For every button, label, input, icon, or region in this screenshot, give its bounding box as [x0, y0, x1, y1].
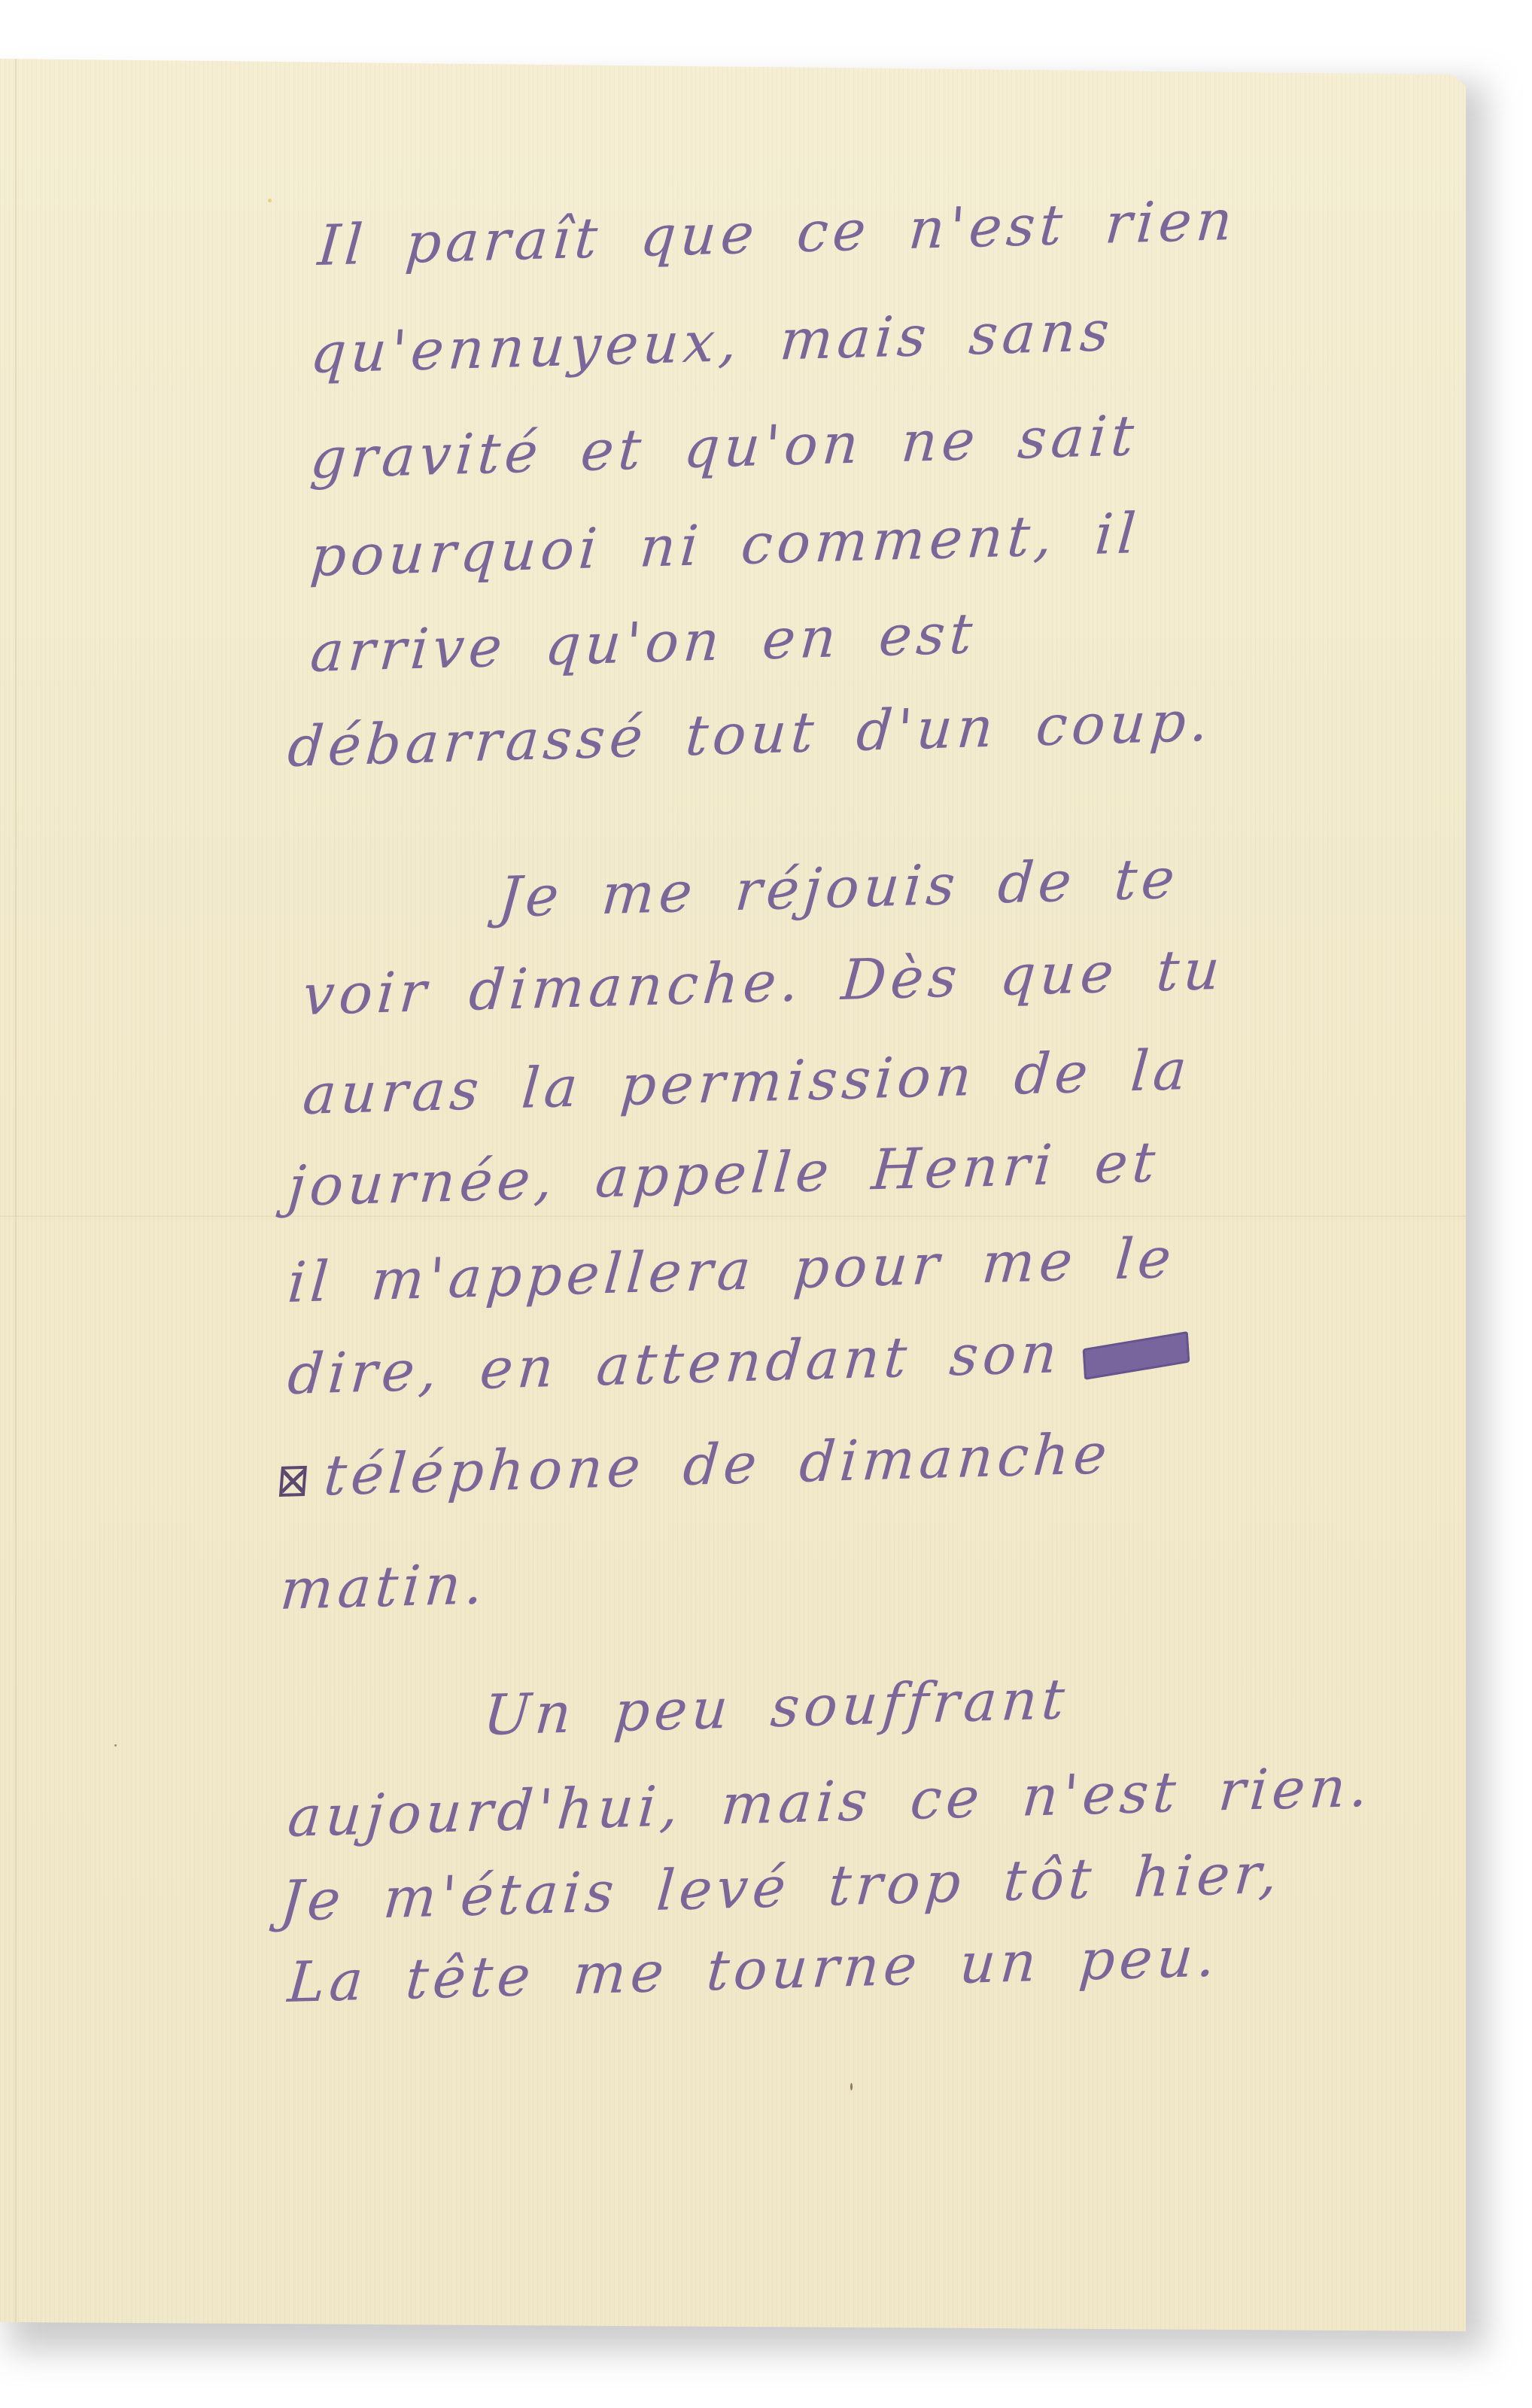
letter-page: Il paraît que ce n'est rien qu'ennuyeux,…	[0, 59, 1466, 2331]
struck-out-word	[1083, 1330, 1190, 1379]
letter-line-text: téléphone de dimanche	[322, 1421, 1114, 1508]
letter-line: pourquoi ni comment, il	[309, 506, 1142, 585]
letter-line: dire, en attendant son	[286, 1321, 1191, 1403]
paper-speck	[850, 2083, 853, 2090]
letter-line: La tête me tourne un peu.	[286, 1929, 1222, 2011]
paper-speck	[114, 1744, 117, 1747]
crossed-box-mark	[279, 1465, 307, 1496]
page-spine	[15, 59, 17, 2331]
letter-line: Je m'étais levé trop tôt hier,	[278, 1846, 1284, 1929]
letter-line: Un peu souffrant	[482, 1671, 1071, 1744]
letter-line-text: dire, en attendant son	[286, 1321, 1064, 1407]
letter-line: arrive qu'on en est	[309, 606, 979, 680]
letter-line: débarrassé tout d'un coup.	[286, 693, 1214, 775]
letter-line: auras la permission de la	[301, 1042, 1193, 1123]
letter-line: voir dimanche. Dès que tu	[301, 942, 1226, 1023]
letter-line: qu'ennuyeux, mais sans	[309, 303, 1116, 382]
letter-line: Il paraît que ce n'est rien	[316, 193, 1239, 274]
letter-line: il m'appellera pour me le	[286, 1230, 1178, 1311]
letter-line: gravité et qu'on ne sait	[309, 408, 1140, 487]
letter-line: journée, appelle Henri et	[286, 1134, 1161, 1215]
paper-speck	[268, 199, 272, 202]
fold-crease	[0, 1215, 1466, 1218]
letter-line: aujourd'hui, mais ce n'est rien.	[286, 1759, 1374, 1845]
letter-line: matin.	[278, 1556, 489, 1618]
letter-line: Je me réjouis de te	[497, 851, 1181, 926]
letter-line: téléphone de dimanche	[278, 1426, 1113, 1505]
